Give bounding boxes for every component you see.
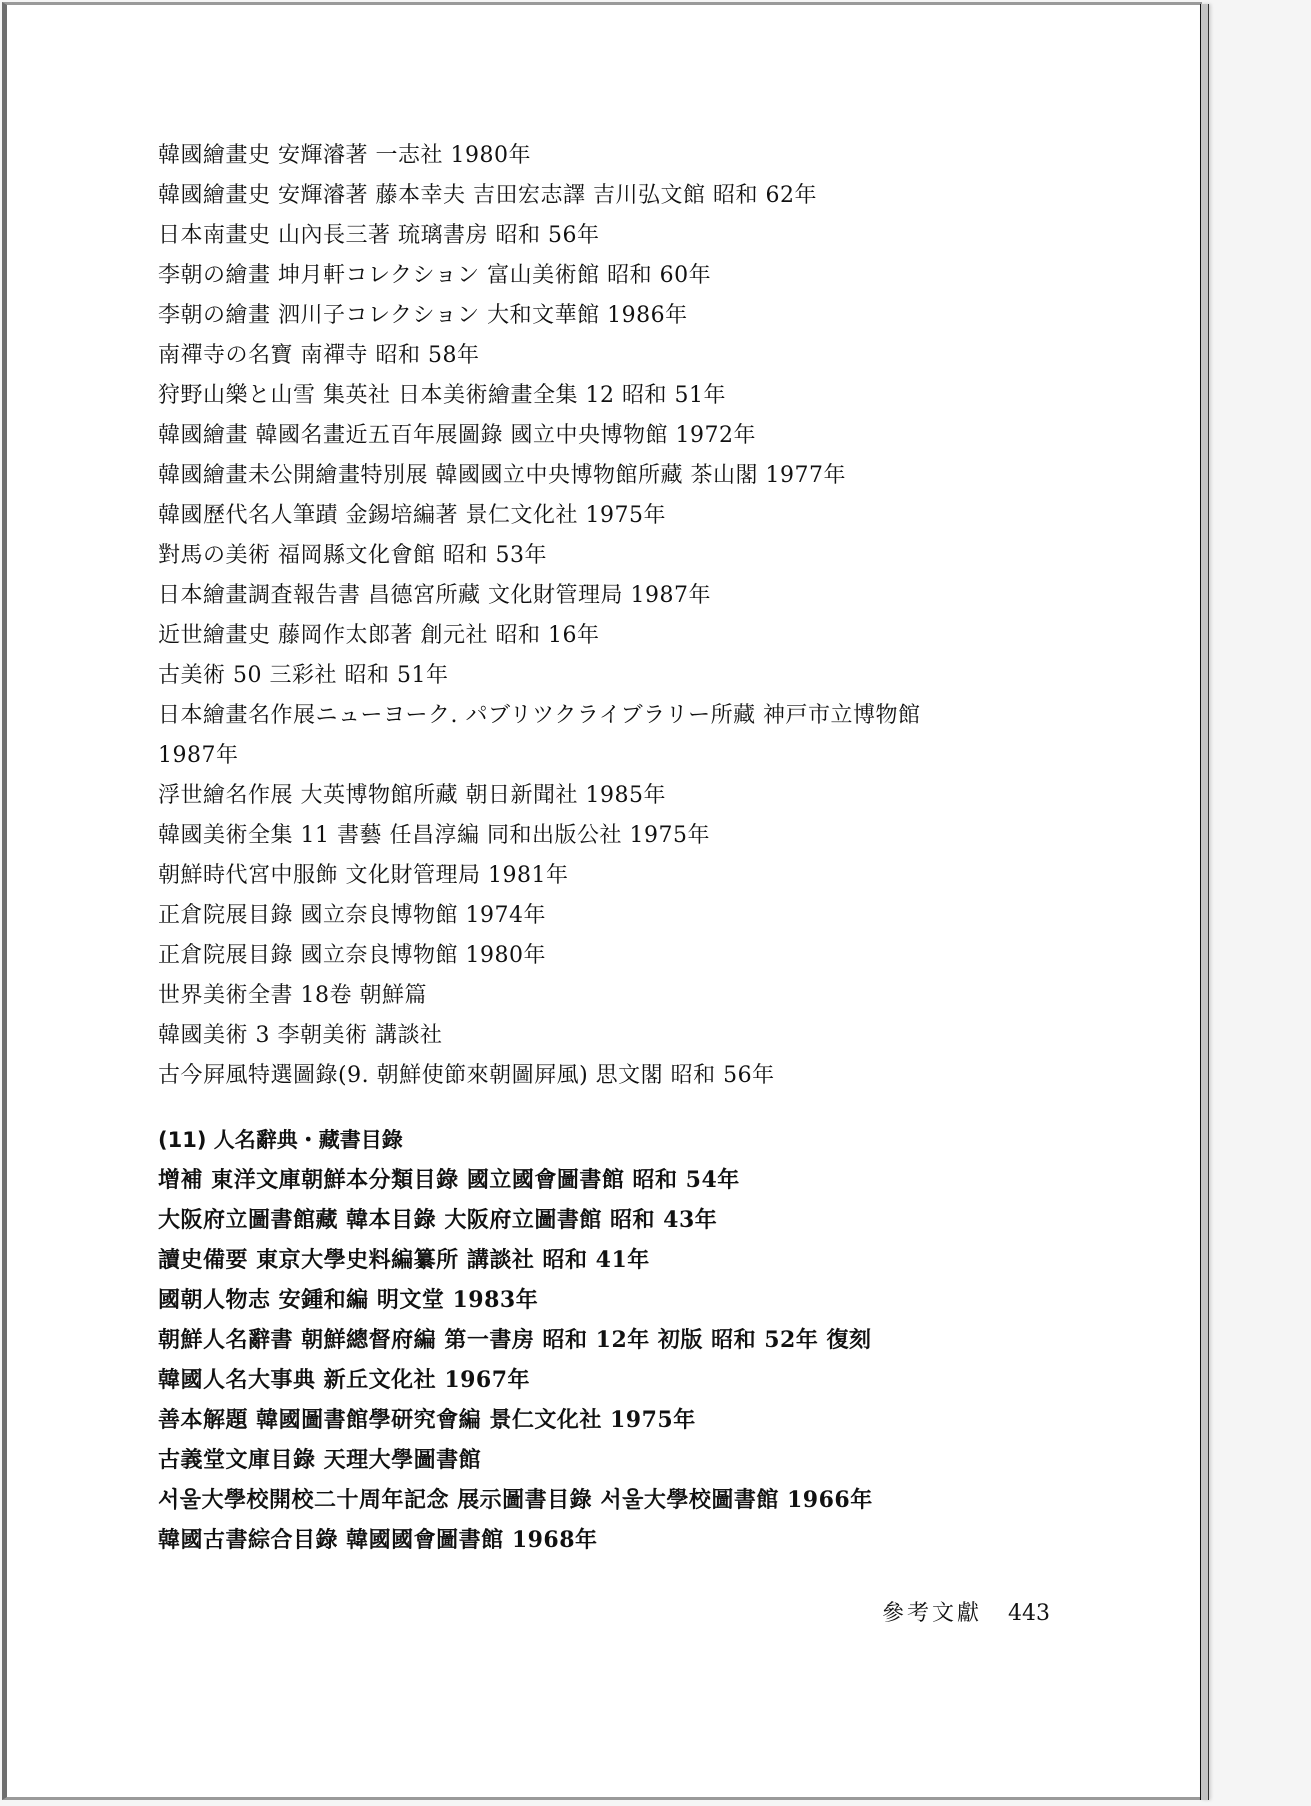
bibliography-entry: 朝鮮時代宮中服飾 文化財管理局 1981年 — [158, 856, 1058, 896]
bibliography-entry: 日本南畫史 山內長三著 琉璃書房 昭和 56年 — [158, 216, 1058, 256]
bibliography-entry: 日本繪畫調査報告書 昌德宮所藏 文化財管理局 1987年 — [158, 576, 1058, 616]
bibliography-entry: 善本解題 韓國圖書館學研究會編 景仁文化社 1975年 — [158, 1400, 1058, 1440]
bibliography-entry: 韓國繪畫史 安輝濬著 一志社 1980年 — [158, 136, 1058, 176]
bibliography-entry: 韓國古書綜合目錄 韓國國會圖書館 1968年 — [158, 1520, 1058, 1560]
bibliography-entry: 韓國繪畫未公開繪畫特別展 韓國國立中央博物館所藏 茶山閣 1977年 — [158, 456, 1058, 496]
section-art-references: 韓國繪畫史 安輝濬著 一志社 1980年 韓國繪畫史 安輝濬著 藤本幸夫 吉田宏… — [158, 136, 1058, 1096]
bibliography-entry: 南禪寺の名寶 南禪寺 昭和 58年 — [158, 336, 1058, 376]
bibliography-entry: 朝鮮人名辭書 朝鮮總督府編 第一書房 昭和 12年 初版 昭和 52年 復刻 — [158, 1320, 1058, 1360]
bibliography-content: 韓國繪畫史 安輝濬著 一志社 1980年 韓國繪畫史 安輝濬著 藤本幸夫 吉田宏… — [158, 136, 1058, 1560]
page-footer: 參考文獻443 — [882, 1596, 1050, 1627]
bibliography-entry-continuation: 1987年 — [158, 736, 1058, 776]
bibliography-entry: 浮世繪名作展 大英博物館所藏 朝日新聞社 1985年 — [158, 776, 1058, 816]
page-edge-shadow — [1200, 4, 1209, 1800]
bibliography-entry: 正倉院展目錄 國立奈良博物館 1980年 — [158, 936, 1058, 976]
bibliography-entry: 韓國繪畫史 安輝濬著 藤本幸夫 吉田宏志譯 吉川弘文館 昭和 62年 — [158, 176, 1058, 216]
running-title: 參考文獻 — [882, 1601, 982, 1626]
bibliography-entry: 韓國美術全集 11 書藝 任昌淳編 同和出版公社 1975年 — [158, 816, 1058, 856]
bibliography-entry: 狩野山樂と山雪 集英社 日本美術繪畫全集 12 昭和 51年 — [158, 376, 1058, 416]
bibliography-entry: 正倉院展目錄 國立奈良博物館 1974年 — [158, 896, 1058, 936]
bibliography-entry: 韓國美術 3 李朝美術 講談社 — [158, 1016, 1058, 1056]
bibliography-entry: 世界美術全書 18卷 朝鮮篇 — [158, 976, 1058, 1016]
bibliography-entry: 韓國歷代名人筆蹟 金錫培編著 景仁文化社 1975年 — [158, 496, 1058, 536]
bibliography-entry: 日本繪畫名作展ニューヨーク. パブリツクライブラリー所藏 神戸市立博物館 — [158, 696, 1058, 736]
bibliography-entry: 韓國人名大事典 新丘文化社 1967年 — [158, 1360, 1058, 1400]
bibliography-entry: 韓國繪畫 韓國名畫近五百年展圖錄 國立中央博物館 1972年 — [158, 416, 1058, 456]
bibliography-entry: 對馬の美術 福岡縣文化會館 昭和 53年 — [158, 536, 1058, 576]
bibliography-entry: 古今屛風特選圖錄(9. 朝鮮使節來朝圖屛風) 思文閣 昭和 56年 — [158, 1056, 1058, 1096]
bibliography-entry: 李朝の繪畫 坤月軒コレクション 富山美術館 昭和 60年 — [158, 256, 1058, 296]
bibliography-entry: 增補 東洋文庫朝鮮本分類目錄 國立國會圖書館 昭和 54年 — [158, 1160, 1058, 1200]
bibliography-entry: 國朝人物志 安鍾和編 明文堂 1983年 — [158, 1280, 1058, 1320]
bibliography-entry: 近世繪畫史 藤岡作太郎著 創元社 昭和 16年 — [158, 616, 1058, 656]
page-number: 443 — [1008, 1601, 1050, 1626]
bibliography-entry: 古美術 50 三彩社 昭和 51年 — [158, 656, 1058, 696]
bibliography-entry: 서울大學校開校二十周年記念 展示圖書目錄 서울大學校圖書館 1966年 — [158, 1480, 1058, 1520]
section-heading: (11) 人名辭典・藏書目錄 — [158, 1120, 1058, 1160]
bibliography-entry: 李朝の繪畫 泗川子コレクション 大和文華館 1986年 — [158, 296, 1058, 336]
bibliography-entry: 讀史備要 東京大學史料編纂所 講談社 昭和 41年 — [158, 1240, 1058, 1280]
bibliography-entry: 古義堂文庫目錄 天理大學圖書館 — [158, 1440, 1058, 1480]
section-biographical-dictionaries: (11) 人名辭典・藏書目錄 增補 東洋文庫朝鮮本分類目錄 國立國會圖書館 昭和… — [158, 1120, 1058, 1560]
bibliography-entry: 大阪府立圖書館藏 韓本目錄 大阪府立圖書館 昭和 43年 — [158, 1200, 1058, 1240]
